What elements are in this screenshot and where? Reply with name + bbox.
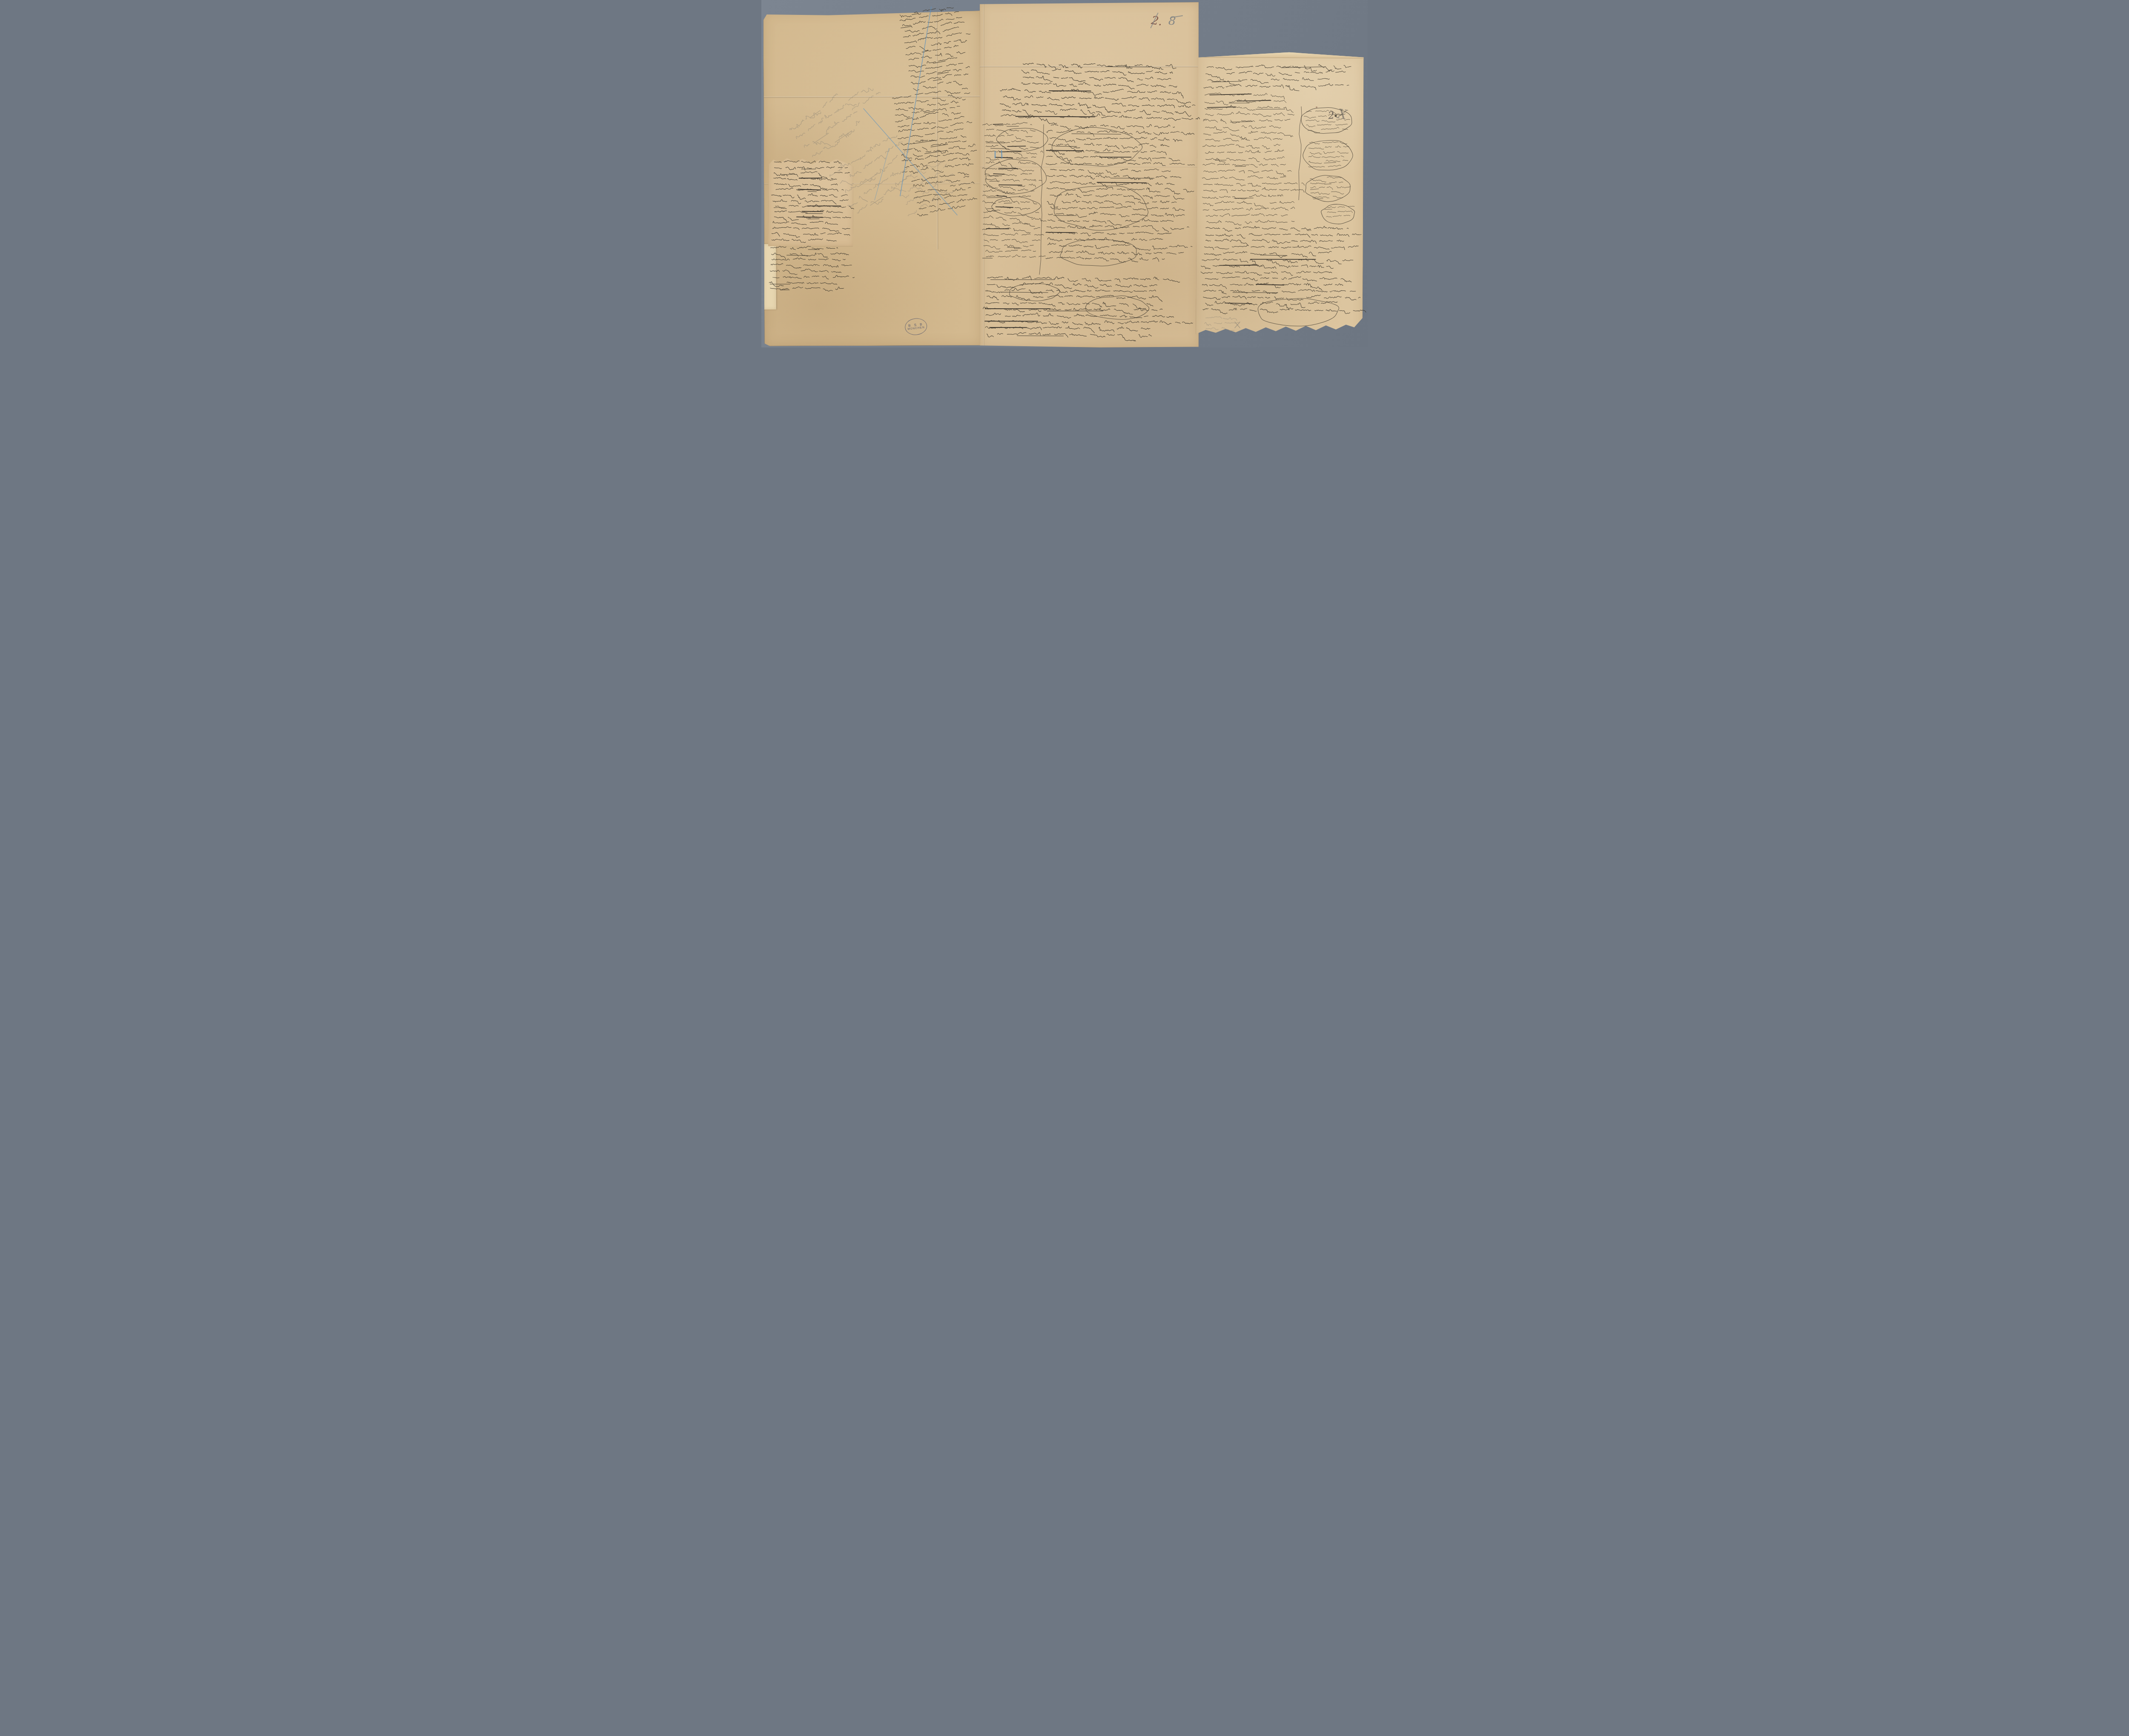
page-number-mark: 2X [1328,107,1347,122]
folded-edge [1197,52,1364,58]
fold-crease [763,96,980,98]
library-stamp: B S B MÜNCHEN [904,317,928,336]
pasted-note-slip [768,156,853,246]
fold-crease [936,11,938,249]
page-number-mark: 2.8 [1151,14,1176,28]
manuscript-scan: B S B MÜNCHEN 2.8 2X [761,0,1368,347]
fold-crease [980,166,1199,167]
repair-tape [763,244,777,310]
x-mark: X [1336,106,1348,123]
fold-crease [983,2,984,347]
sheet-left: B S B MÜNCHEN [763,11,981,346]
sheet-right: 2X [1196,51,1364,339]
page-number-digit: 2 [1328,110,1335,121]
fold-crease [980,66,1199,67]
sheet-middle: 2.8 [980,2,1199,347]
